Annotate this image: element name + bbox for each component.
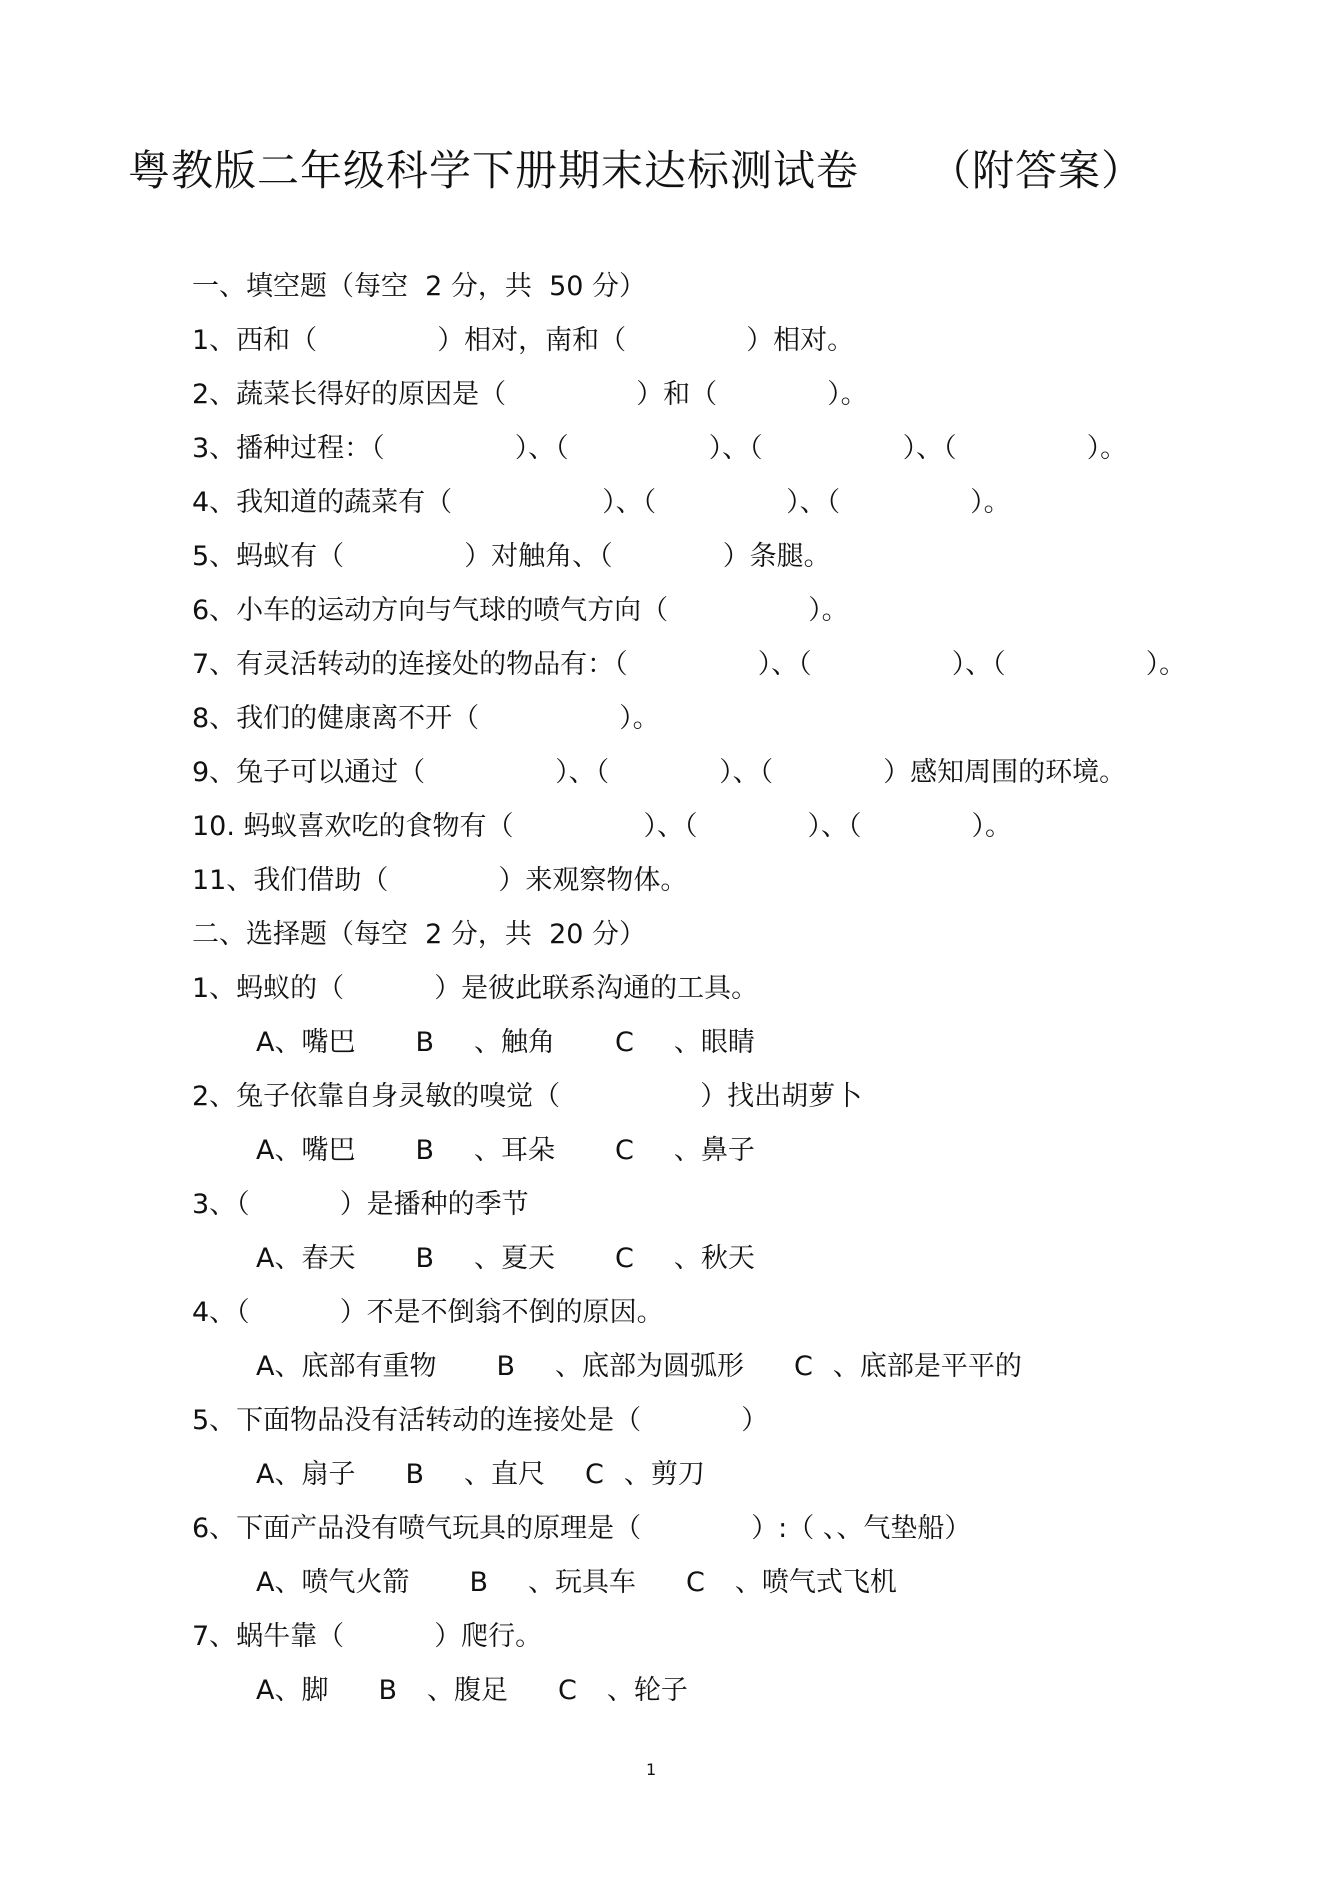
line-text: 4、（ bbox=[192, 1297, 250, 1328]
line-text: ）、（ bbox=[758, 649, 812, 680]
line-text: 3、播种过程：（ bbox=[192, 433, 385, 464]
question-line: 6、下面产品没有喷气玩具的原理是（）:（ 、、气垫船） bbox=[192, 1512, 971, 1546]
line-text: ）、（ bbox=[709, 433, 763, 464]
line-text: ）、（ bbox=[515, 433, 569, 464]
line-text: 、剪刀 bbox=[624, 1459, 705, 1490]
question-line: 1、西和（）相对，南和（）相对。 bbox=[192, 324, 854, 358]
title-main: 粤教版二年级科学下册期末达标测试卷 bbox=[128, 146, 859, 195]
line-text: B bbox=[415, 1135, 434, 1166]
line-text: ）、（ bbox=[644, 811, 698, 842]
line-text: 8、我们的健康离不开（ bbox=[192, 703, 479, 734]
line-text: ）相对。 bbox=[746, 325, 854, 356]
line-text: A、嘴巴 bbox=[256, 1135, 355, 1166]
line-text: ）。 bbox=[619, 703, 660, 734]
line-text: A、嘴巴 bbox=[256, 1027, 355, 1058]
question-line: 4、（）不是不倒翁不倒的原因。 bbox=[192, 1296, 664, 1330]
line-text: 、玩具车 bbox=[528, 1567, 636, 1598]
question-line: 8、我们的健康离不开（）。 bbox=[192, 702, 660, 736]
question-line: 11、我们借助（）来观察物体。 bbox=[192, 864, 687, 898]
line-text: ）。 bbox=[970, 487, 1011, 518]
line-text: ）不是不倒翁不倒的原因。 bbox=[340, 1297, 664, 1328]
line-text: 4、我知道的蔬菜有（ bbox=[192, 487, 452, 518]
line-text: ）对触角、（ bbox=[464, 541, 613, 572]
line-text: ）。 bbox=[972, 811, 1013, 842]
line-text: C bbox=[794, 1351, 813, 1382]
line-text: ）。 bbox=[808, 595, 849, 626]
line-text: 7、蜗牛靠（ bbox=[192, 1621, 344, 1652]
line-text: 、底部为圆弧形 bbox=[555, 1351, 744, 1382]
question-line: 1、蚂蚁的（）是彼此联系沟通的工具。 bbox=[192, 972, 758, 1006]
line-text: ）、（ bbox=[952, 649, 1006, 680]
question-line: 3、播种过程：（）、（）、（）、（）。 bbox=[192, 432, 1127, 466]
line-text: 、鼻子 bbox=[674, 1135, 755, 1166]
question-line: 二、选择题（每空 2 分，共 20 分） bbox=[192, 918, 646, 952]
line-text: B bbox=[405, 1459, 424, 1490]
line-text: 3、（ bbox=[192, 1189, 250, 1220]
line-text: B bbox=[496, 1351, 515, 1382]
line-text: ）、（ bbox=[903, 433, 957, 464]
line-text: C bbox=[615, 1243, 634, 1274]
line-text: 、耳朵 bbox=[474, 1135, 555, 1166]
line-text: ）、（ bbox=[808, 811, 862, 842]
line-text: ）、（ bbox=[719, 757, 773, 788]
question-line: 5、下面物品没有活转动的连接处是（） bbox=[192, 1404, 768, 1438]
question-line: 3、（）是播种的季节 bbox=[192, 1188, 529, 1222]
line-text: 、触角 bbox=[474, 1027, 555, 1058]
question-line: 10. 蚂蚁喜欢吃的食物有（）、（）、（）。 bbox=[192, 810, 1012, 844]
line-text: ）是播种的季节 bbox=[340, 1189, 529, 1220]
line-text: 、轮子 bbox=[607, 1675, 688, 1706]
question-line: 一、填空题（每空 2 分，共 50 分） bbox=[192, 270, 646, 304]
line-text: 、底部是平平的 bbox=[833, 1351, 1022, 1382]
line-text: ）找出胡萝卜 bbox=[700, 1081, 862, 1112]
line-text: 、直尺 bbox=[464, 1459, 545, 1490]
question-line: 2、兔子依靠自身灵敏的嗅觉（）找出胡萝卜 bbox=[192, 1080, 862, 1114]
line-text: ）相对，南和（ bbox=[437, 325, 626, 356]
answer-options: A、底部有重物B、底部为圆弧形C、底部是平平的 bbox=[256, 1350, 1022, 1384]
question-line: 5、蚂蚁有（）对触角、（）条腿。 bbox=[192, 540, 831, 574]
page-number: 1 bbox=[646, 1760, 656, 1779]
line-text: 、夏天 bbox=[474, 1243, 555, 1274]
line-text: C bbox=[585, 1459, 604, 1490]
document-title: 粤教版二年级科学下册期末达标测试卷（附答案） bbox=[128, 138, 1144, 198]
line-text: ）爬行。 bbox=[434, 1621, 542, 1652]
line-text: ）。 bbox=[1146, 649, 1187, 680]
line-text: A、春天 bbox=[256, 1243, 355, 1274]
line-text: 1、西和（ bbox=[192, 325, 317, 356]
line-text: A、脚 bbox=[256, 1675, 328, 1706]
line-text: C bbox=[558, 1675, 577, 1706]
line-text: A、喷气火箭 bbox=[256, 1567, 409, 1598]
line-text: ）。 bbox=[827, 379, 868, 410]
line-text: ）:（ 、、气垫船） bbox=[751, 1513, 971, 1544]
answer-options: A、春天B、夏天C、秋天 bbox=[256, 1242, 755, 1276]
answer-options: A、扇子B、直尺C、剪刀 bbox=[256, 1458, 705, 1492]
question-line: 4、我知道的蔬菜有（）、（）、（）。 bbox=[192, 486, 1011, 520]
line-text: ）。 bbox=[1087, 433, 1128, 464]
answer-options: A、嘴巴B、耳朵C、鼻子 bbox=[256, 1134, 755, 1168]
question-line: 2、蔬菜长得好的原因是（）和（）。 bbox=[192, 378, 868, 412]
line-text: B bbox=[415, 1243, 434, 1274]
question-line: 6、小车的运动方向与气球的喷气方向（）。 bbox=[192, 594, 849, 628]
title-suffix: （附答案） bbox=[929, 146, 1144, 195]
line-text: ）是彼此联系沟通的工具。 bbox=[434, 973, 758, 1004]
line-text: 、腹足 bbox=[427, 1675, 508, 1706]
line-text: 9、兔子可以通过（ bbox=[192, 757, 425, 788]
line-text: 6、下面产品没有喷气玩具的原理是（ bbox=[192, 1513, 641, 1544]
line-text: B bbox=[415, 1027, 434, 1058]
question-line: 7、蜗牛靠（）爬行。 bbox=[192, 1620, 542, 1654]
line-text: 二、选择题（每空 2 分，共 20 分） bbox=[192, 919, 646, 950]
line-text: 6、小车的运动方向与气球的喷气方向（ bbox=[192, 595, 668, 626]
line-text: ）、（ bbox=[555, 757, 609, 788]
line-text: 、秋天 bbox=[674, 1243, 755, 1274]
line-text: 7、有灵活转动的连接处的物品有：（ bbox=[192, 649, 628, 680]
line-text: C bbox=[686, 1567, 705, 1598]
line-text: C bbox=[615, 1135, 634, 1166]
question-line: 7、有灵活转动的连接处的物品有：（）、（）、（）。 bbox=[192, 648, 1186, 682]
line-text: ）和（ bbox=[636, 379, 717, 410]
line-text: ）感知周围的环境。 bbox=[883, 757, 1126, 788]
line-text: 5、蚂蚁有（ bbox=[192, 541, 344, 572]
answer-options: A、嘴巴B、触角C、眼睛 bbox=[256, 1026, 755, 1060]
line-text: 、喷气式飞机 bbox=[735, 1567, 897, 1598]
line-text: 5、下面物品没有活转动的连接处是（ bbox=[192, 1405, 641, 1436]
line-text: 1、蚂蚁的（ bbox=[192, 973, 344, 1004]
line-text: A、扇子 bbox=[256, 1459, 355, 1490]
line-text: 、眼睛 bbox=[674, 1027, 755, 1058]
line-text: 2、兔子依靠自身灵敏的嗅觉（ bbox=[192, 1081, 560, 1112]
line-text: 10. 蚂蚁喜欢吃的食物有（ bbox=[192, 811, 514, 842]
line-text: A、底部有重物 bbox=[256, 1351, 436, 1382]
answer-options: A、喷气火箭B、玩具车C、喷气式飞机 bbox=[256, 1566, 897, 1600]
line-text: ）来观察物体。 bbox=[498, 865, 687, 896]
line-text: C bbox=[615, 1027, 634, 1058]
line-text: B bbox=[469, 1567, 488, 1598]
line-text: ）、（ bbox=[602, 487, 656, 518]
line-text: ）条腿。 bbox=[723, 541, 831, 572]
line-text: B bbox=[378, 1675, 397, 1706]
line-text: ）、（ bbox=[786, 487, 840, 518]
line-text: 2、蔬菜长得好的原因是（ bbox=[192, 379, 506, 410]
question-line: 9、兔子可以通过（）、（）、（）感知周围的环境。 bbox=[192, 756, 1126, 790]
answer-options: A、脚B、腹足C、轮子 bbox=[256, 1674, 688, 1708]
line-text: ） bbox=[741, 1405, 768, 1436]
line-text: 一、填空题（每空 2 分，共 50 分） bbox=[192, 271, 646, 302]
line-text: 11、我们借助（ bbox=[192, 865, 388, 896]
